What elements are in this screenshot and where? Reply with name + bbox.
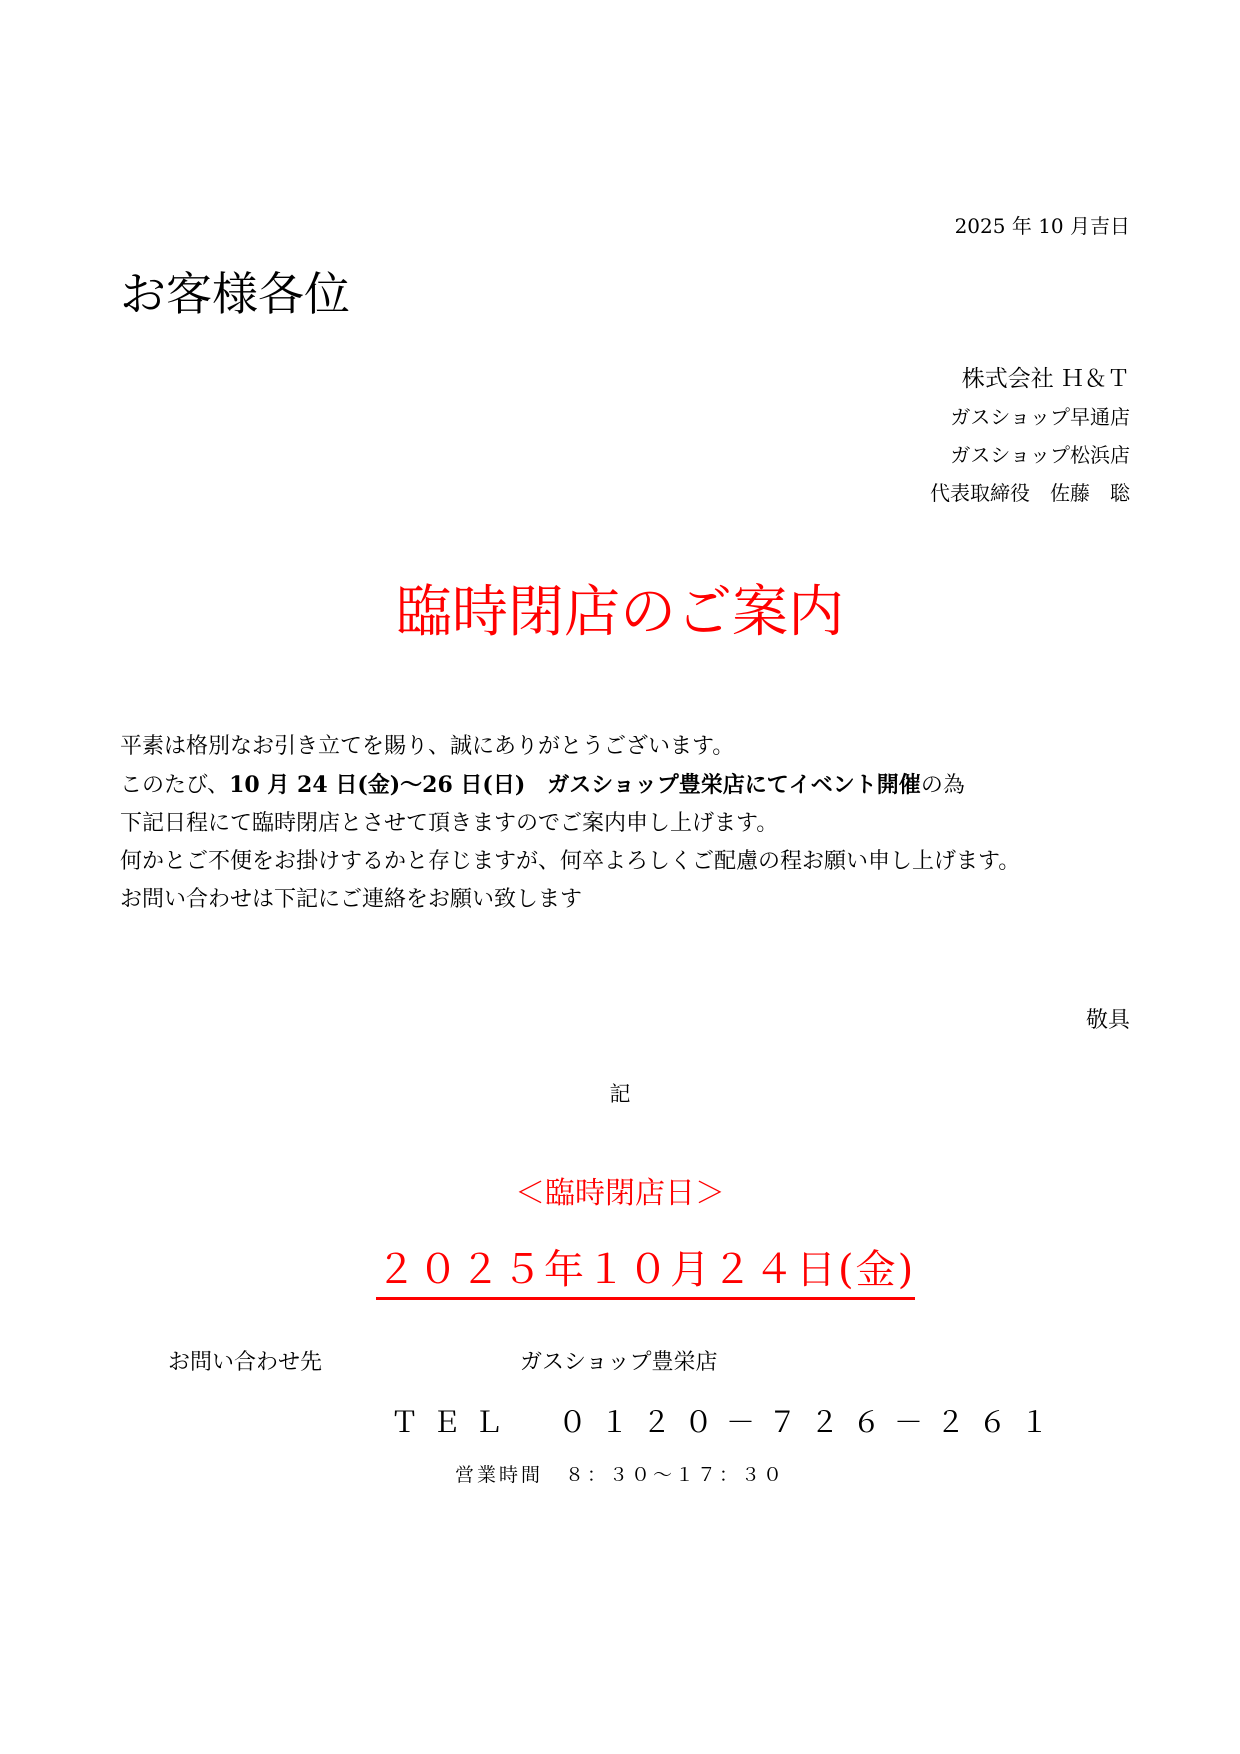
closing-phrase: 敬具: [1086, 1003, 1130, 1034]
body-line: お問い合わせは下記にご連絡をお願い致します: [120, 881, 1020, 919]
body-line: このたび、10 月 24 日(金)～26 日(日) ガスショップ豊栄店にてイベン…: [120, 766, 1020, 805]
body-line: 平素は格別なお引き立てを賜り、誠にありがとうございます。: [120, 728, 1020, 766]
closed-day-label: ＜臨時閉店日＞: [0, 1168, 1240, 1212]
body-line-suffix: の為: [921, 773, 965, 798]
representative: 代表取締役 佐藤 聡: [930, 474, 1130, 512]
store-name: ガスショップ早通店: [930, 398, 1130, 436]
salutation: お客様各位: [120, 258, 350, 324]
store-name: ガスショップ松浜店: [930, 436, 1130, 474]
company-name: 株式会社 Ｈ＆Ｔ: [930, 360, 1130, 398]
body-text: 平素は格別なお引き立てを賜り、誠にありがとうございます。 このたび、10 月 2…: [120, 728, 1020, 919]
ki-marker: 記: [0, 1078, 1240, 1108]
body-line-prefix: このたび、: [120, 773, 229, 798]
business-hours: 営業時間 ８：３０～１７：３０: [0, 1460, 1240, 1487]
page-title: 臨時閉店のご案内: [0, 568, 1240, 648]
contact-label: お問い合わせ先: [168, 1345, 322, 1376]
contact-store: ガスショップ豊栄店: [520, 1345, 718, 1376]
body-line: 何かとご不便をお掛けするかと存じますが、何卒よろしくご配慮の程お願い申し上げます…: [120, 843, 1020, 881]
closed-date: ２０２５年１０月２４日(金): [376, 1238, 915, 1300]
phone-number: ＴＥＬ ０１２０－７２６－２６１: [390, 1400, 1062, 1441]
document-date: 2025 年 10 月吉日: [955, 210, 1130, 239]
body-line: 下記日程にて臨時閉店とさせて頂きますのでご案内申し上げます。: [120, 805, 1020, 843]
sender-block: 株式会社 Ｈ＆Ｔ ガスショップ早通店 ガスショップ松浜店 代表取締役 佐藤 聡: [930, 360, 1130, 512]
event-highlight: 10 月 24 日(金)～26 日(日) ガスショップ豊栄店にてイベント開催: [229, 772, 921, 798]
